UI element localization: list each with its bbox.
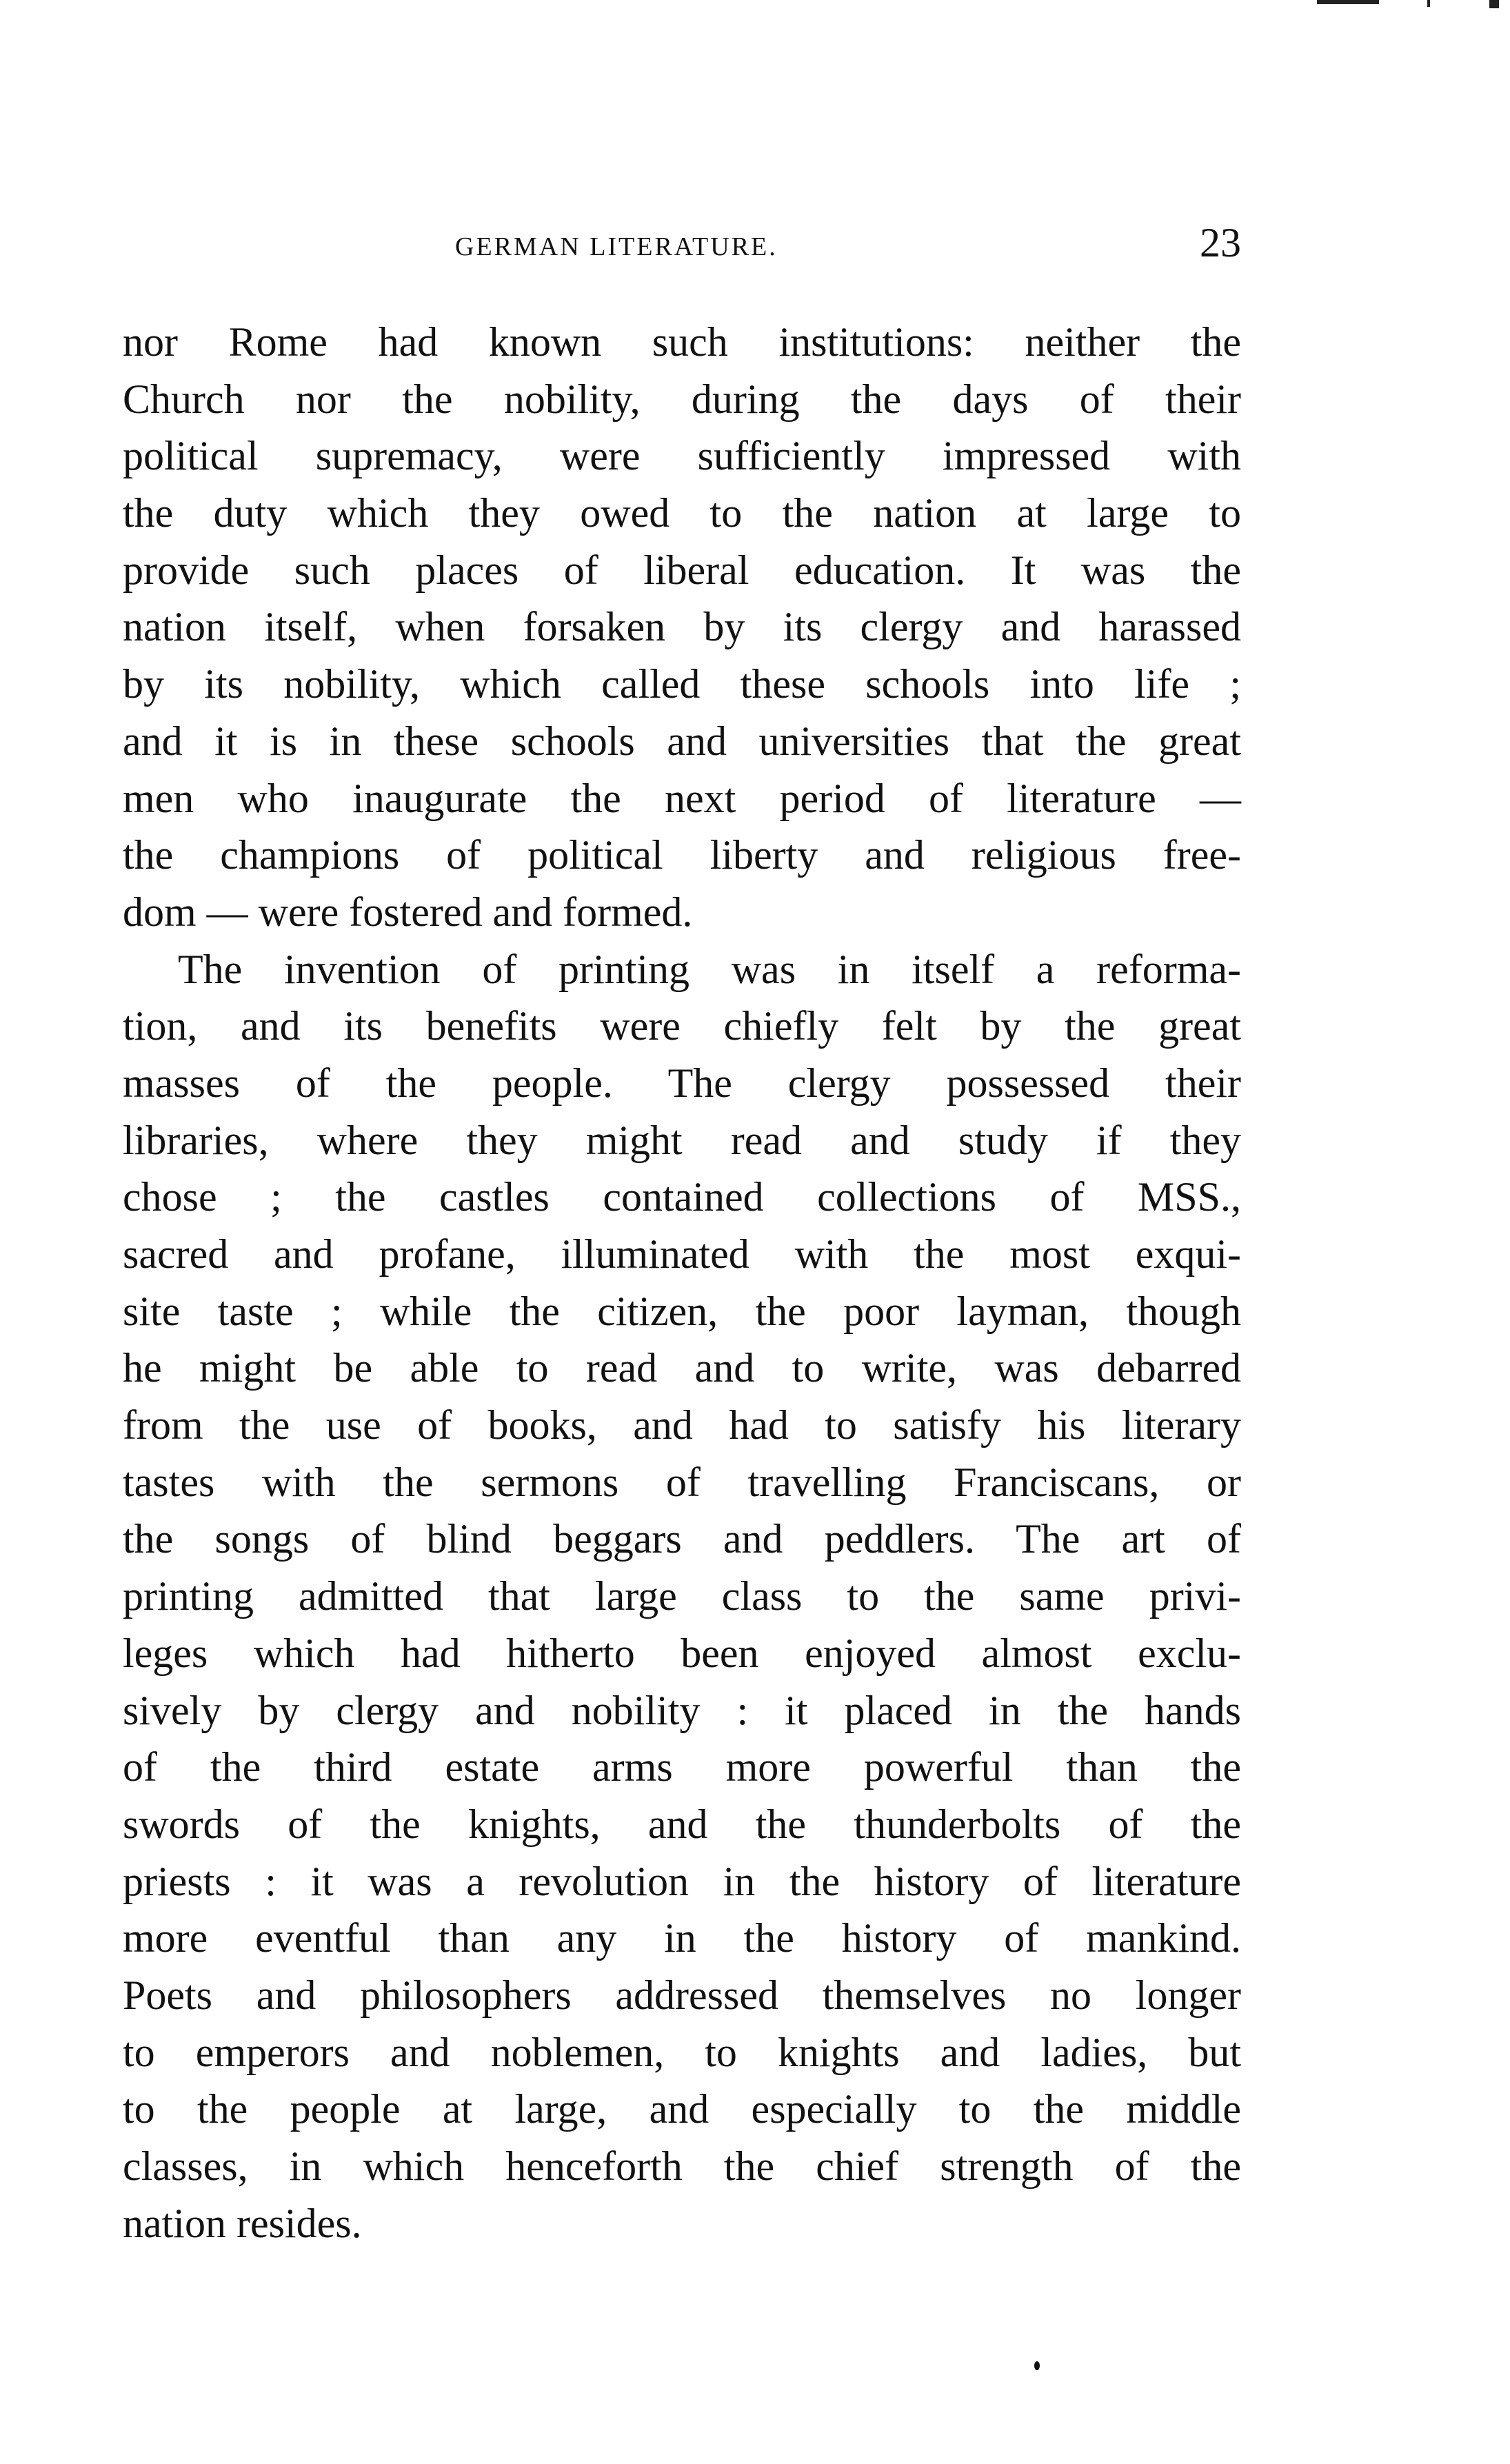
text-line: to the people at large, and especially t…: [123, 2081, 1241, 2138]
text-line: political supremacy, were sufficiently i…: [123, 427, 1241, 485]
text-line: priests : it was a revolution in the his…: [123, 1853, 1241, 1910]
text-line: the duty which they owed to the nation a…: [123, 485, 1241, 542]
text-line: by its nobility, which called these scho…: [123, 656, 1241, 713]
text-line: to emperors and noblemen, to knights and…: [123, 2024, 1241, 2081]
text-line: of the third estate arms more powerful t…: [123, 1739, 1241, 1796]
text-line: men who inaugurate the next period of li…: [123, 770, 1241, 827]
text-line: masses of the people. The clergy possess…: [123, 1055, 1241, 1112]
text-line: more eventful than any in the history of…: [123, 1910, 1241, 1967]
text-line: printing admitted that large class to th…: [123, 1568, 1241, 1625]
text-line: leges which had hitherto been enjoyed al…: [123, 1625, 1241, 1682]
text-line: sively by clergy and nobility : it place…: [123, 1682, 1241, 1739]
text-line: classes, in which henceforth the chief s…: [123, 2138, 1241, 2195]
text-line: provide such places of liberal education…: [123, 542, 1241, 599]
text-line: from the use of books, and had to satisf…: [123, 1397, 1241, 1454]
running-header: GERMAN LITERATURE. 23: [124, 219, 1241, 274]
page-body: nor Rome had known such institutions: ne…: [123, 314, 1241, 2252]
text-line: and it is in these schools and universit…: [123, 713, 1241, 770]
text-line: nor Rome had known such institutions: ne…: [123, 314, 1241, 371]
stray-mark: [1034, 2361, 1040, 2370]
paragraph-end-line: dom — were fostered and formed.: [123, 884, 1241, 941]
text-line: he might be able to read and to write, w…: [123, 1340, 1241, 1397]
text-line: tastes with the sermons of travelling Fr…: [123, 1454, 1241, 1511]
page-number: 23: [1200, 219, 1241, 267]
text-line: the champions of political liberty and r…: [123, 827, 1241, 884]
text-line: Poets and philosophers addressed themsel…: [123, 1967, 1241, 2024]
running-title: GERMAN LITERATURE.: [455, 232, 778, 262]
text-line: sacred and profane, illuminated with the…: [123, 1226, 1241, 1283]
text-line: swords of the knights, and the thunderbo…: [123, 1796, 1241, 1853]
paragraph-start-line: The invention of printing was in itself …: [123, 941, 1241, 998]
text-line: chose ; the castles contained collection…: [123, 1169, 1241, 1226]
paragraph-end-line: nation resides.: [123, 2195, 1241, 2252]
scan-artifact: [1303, 0, 1510, 10]
text-line: tion, and its benefits were chiefly felt…: [123, 998, 1241, 1055]
text-line: nation itself, when forsaken by its cler…: [123, 598, 1241, 656]
text-line: site taste ; while the citizen, the poor…: [123, 1283, 1241, 1340]
text-line: the songs of blind beggars and peddlers.…: [123, 1511, 1241, 1568]
text-line: Church nor the nobility, during the days…: [123, 371, 1241, 428]
text-line: libraries, where they might read and stu…: [123, 1112, 1241, 1169]
